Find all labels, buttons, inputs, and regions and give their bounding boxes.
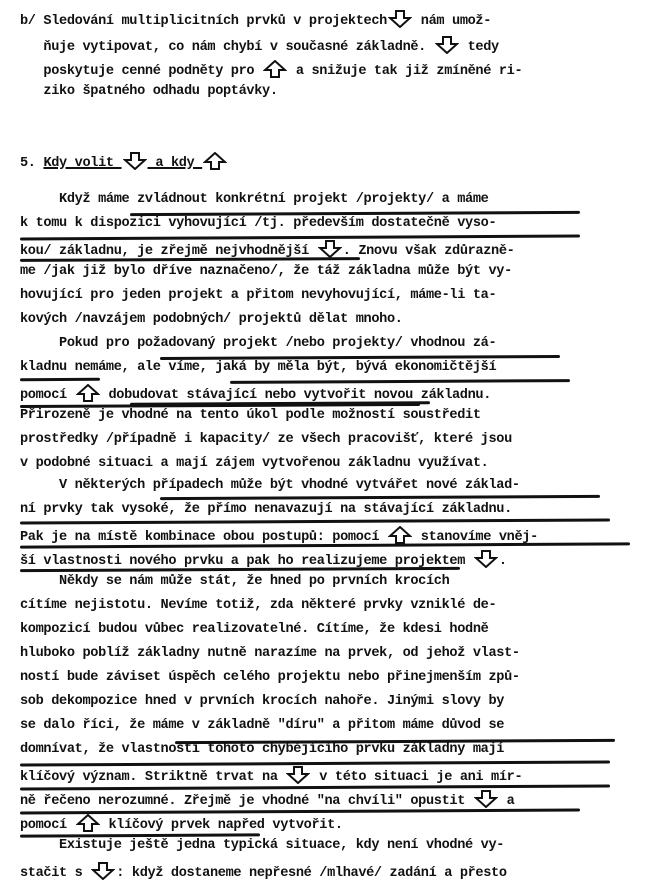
up-arrow-icon bbox=[76, 814, 100, 832]
text-segment: v této situaci je ani mír- bbox=[311, 770, 522, 785]
text-segment: kompozicí budou vůbec realizovatelné. Cí… bbox=[20, 622, 488, 637]
section-title: Kdy volit a kdy bbox=[43, 156, 228, 171]
text-line: pomocí klíčový prvek napřed vytvořit. bbox=[20, 814, 343, 834]
text-segment: V některých případech může být vhodné vy… bbox=[20, 478, 520, 493]
section-number: 5. bbox=[20, 156, 43, 171]
text-line: me /jak již bylo dříve naznačeno/, že tá… bbox=[20, 264, 512, 280]
text-segment: kladnu nemáme, ale víme, jaká by měla bý… bbox=[20, 360, 496, 375]
text-line: kových /navzájem podobných/ projektů děl… bbox=[20, 312, 403, 328]
up-arrow-icon bbox=[76, 384, 100, 402]
text-segment: ně řečeno nerozumné. Zřejmě je vhodné "n… bbox=[20, 794, 473, 809]
text-segment: Když máme zvládnout konkrétní projekt /p… bbox=[20, 192, 488, 207]
text-line: ně řečeno nerozumné. Zřejmě je vhodné "n… bbox=[20, 790, 514, 810]
text-line: b/ Sledování multiplicitních prvků v pro… bbox=[20, 10, 491, 30]
text-line: Existuje ještě jedna typická situace, kd… bbox=[20, 838, 504, 854]
text-segment: nám umož- bbox=[413, 14, 491, 29]
text-segment: . bbox=[499, 554, 507, 569]
text-line: Když máme zvládnout konkrétní projekt /p… bbox=[20, 192, 488, 208]
down-arrow-icon bbox=[474, 550, 498, 568]
text-segment: se dalo říci, že máme v základně "díru" … bbox=[20, 718, 504, 733]
text-segment: prostředky /případně i kapacity/ ze všec… bbox=[20, 432, 512, 447]
text-segment: Přirozeně je vhodné na tento úkol podle … bbox=[20, 408, 481, 423]
text-segment: me /jak již bylo dříve naznačeno/, že tá… bbox=[20, 264, 512, 279]
text-line: se dalo říci, že máme v základně "díru" … bbox=[20, 718, 504, 734]
handwritten-underline bbox=[160, 495, 600, 500]
down-arrow-icon bbox=[286, 766, 310, 784]
text-line: sob dekompozice hned v prvních krocích n… bbox=[20, 694, 504, 710]
text-line: ní prvky tak vysoké, že přímo nenavazují… bbox=[20, 502, 512, 518]
up-arrow-icon bbox=[388, 526, 412, 544]
up-arrow-icon bbox=[203, 152, 227, 170]
text-segment: ňuje vytipovat, co nám chybí v současné … bbox=[20, 40, 434, 55]
text-segment: klíčový význam. Striktně trvat na bbox=[20, 770, 285, 785]
text-line: hluboko poblíž základny nutně narazíme n… bbox=[20, 646, 520, 662]
text-line: prostředky /případně i kapacity/ ze všec… bbox=[20, 432, 512, 448]
text-segment: poskytuje cenné podněty pro bbox=[20, 64, 262, 79]
text-segment: dobudovat stávající nebo vytvořit novou … bbox=[101, 388, 491, 403]
text-segment: . Znovu však zdůrazně- bbox=[343, 244, 515, 259]
down-arrow-icon bbox=[474, 790, 498, 808]
text-segment: domnívat, že vlastnosti tohoto chybějící… bbox=[20, 742, 504, 757]
text-segment: pomocí bbox=[20, 818, 75, 833]
text-segment: cítíme nejistotu. Nevíme totiž, zda někt… bbox=[20, 598, 496, 613]
handwritten-underline bbox=[20, 378, 100, 381]
text-segment: Pokud pro požadovaný projekt /nebo proje… bbox=[20, 336, 496, 351]
text-line: stačit s : když dostaneme nepřesné /mlha… bbox=[20, 862, 507, 881]
text-segment: Pak je na místě kombinace obou postupů: … bbox=[20, 530, 387, 545]
down-arrow-icon bbox=[318, 240, 342, 258]
down-arrow-icon bbox=[91, 862, 115, 880]
text-segment: hovující pro jeden projekt a přitom nevy… bbox=[20, 288, 496, 303]
text-line: klíčový význam. Striktně trvat na v této… bbox=[20, 766, 522, 786]
scanned-document-page: b/ Sledování multiplicitních prvků v pro… bbox=[0, 0, 653, 881]
text-line: ností bude záviset úspěch celého projekt… bbox=[20, 670, 520, 686]
text-line: Pokud pro požadovaný projekt /nebo proje… bbox=[20, 336, 496, 352]
text-line: domnívat, že vlastnosti tohoto chybějící… bbox=[20, 742, 504, 758]
text-line: ziko špatného odhadu poptávky. bbox=[20, 84, 278, 100]
handwritten-underline bbox=[20, 257, 360, 262]
text-segment: Existuje ještě jedna typická situace, kd… bbox=[20, 838, 504, 853]
text-line: v podobné situaci a mají zájem vytvořeno… bbox=[20, 456, 488, 472]
handwritten-underline bbox=[20, 518, 610, 524]
text-line: k tomu k dispozici vyhovující /tj. přede… bbox=[20, 216, 496, 232]
text-segment: Někdy se nám může stát, že hned po první… bbox=[20, 574, 449, 589]
text-segment: klíčový prvek napřed vytvořit. bbox=[101, 818, 343, 833]
text-segment: a bbox=[499, 794, 515, 809]
text-line: ňuje vytipovat, co nám chybí v současné … bbox=[20, 36, 499, 56]
text-segment: sob dekompozice hned v prvních krocích n… bbox=[20, 694, 504, 709]
text-segment: k tomu k dispozici vyhovující /tj. přede… bbox=[20, 216, 496, 231]
down-arrow-icon bbox=[388, 10, 412, 28]
text-line: kladnu nemáme, ale víme, jaká by měla bý… bbox=[20, 360, 496, 376]
text-segment: a snižuje tak již zmíněné ri- bbox=[288, 64, 522, 79]
up-arrow-icon bbox=[263, 60, 287, 78]
text-segment: ní prvky tak vysoké, že přímo nenavazují… bbox=[20, 502, 512, 517]
text-line: kompozicí budou vůbec realizovatelné. Cí… bbox=[20, 622, 488, 638]
text-segment: pomocí bbox=[20, 388, 75, 403]
text-segment: ností bude záviset úspěch celého projekt… bbox=[20, 670, 520, 685]
text-line: cítíme nejistotu. Nevíme totiž, zda někt… bbox=[20, 598, 496, 614]
text-segment: : když dostaneme nepřesné /mlhavé/ zadán… bbox=[116, 866, 506, 881]
text-segment: ziko špatného odhadu poptávky. bbox=[20, 84, 278, 99]
handwritten-underline bbox=[20, 833, 260, 837]
text-line: poskytuje cenné podněty pro a snižuje ta… bbox=[20, 60, 522, 80]
text-line: V některých případech může být vhodné vy… bbox=[20, 478, 520, 494]
text-line: hovující pro jeden projekt a přitom nevy… bbox=[20, 288, 496, 304]
text-line: Přirozeně je vhodné na tento úkol podle … bbox=[20, 408, 481, 424]
text-segment: tedy bbox=[460, 40, 499, 55]
section-heading: 5. Kdy volit a kdy bbox=[20, 152, 228, 172]
text-segment: kových /navzájem podobných/ projektů děl… bbox=[20, 312, 403, 327]
text-segment: b/ Sledování multiplicitních prvků v pro… bbox=[20, 14, 387, 29]
text-segment: v podobné situaci a mají zájem vytvořeno… bbox=[20, 456, 488, 471]
down-arrow-icon bbox=[123, 152, 147, 170]
text-line: Někdy se nám může stát, že hned po první… bbox=[20, 574, 449, 590]
down-arrow-icon bbox=[435, 36, 459, 54]
text-segment: stačit s bbox=[20, 866, 90, 881]
text-segment: hluboko poblíž základny nutně narazíme n… bbox=[20, 646, 520, 661]
